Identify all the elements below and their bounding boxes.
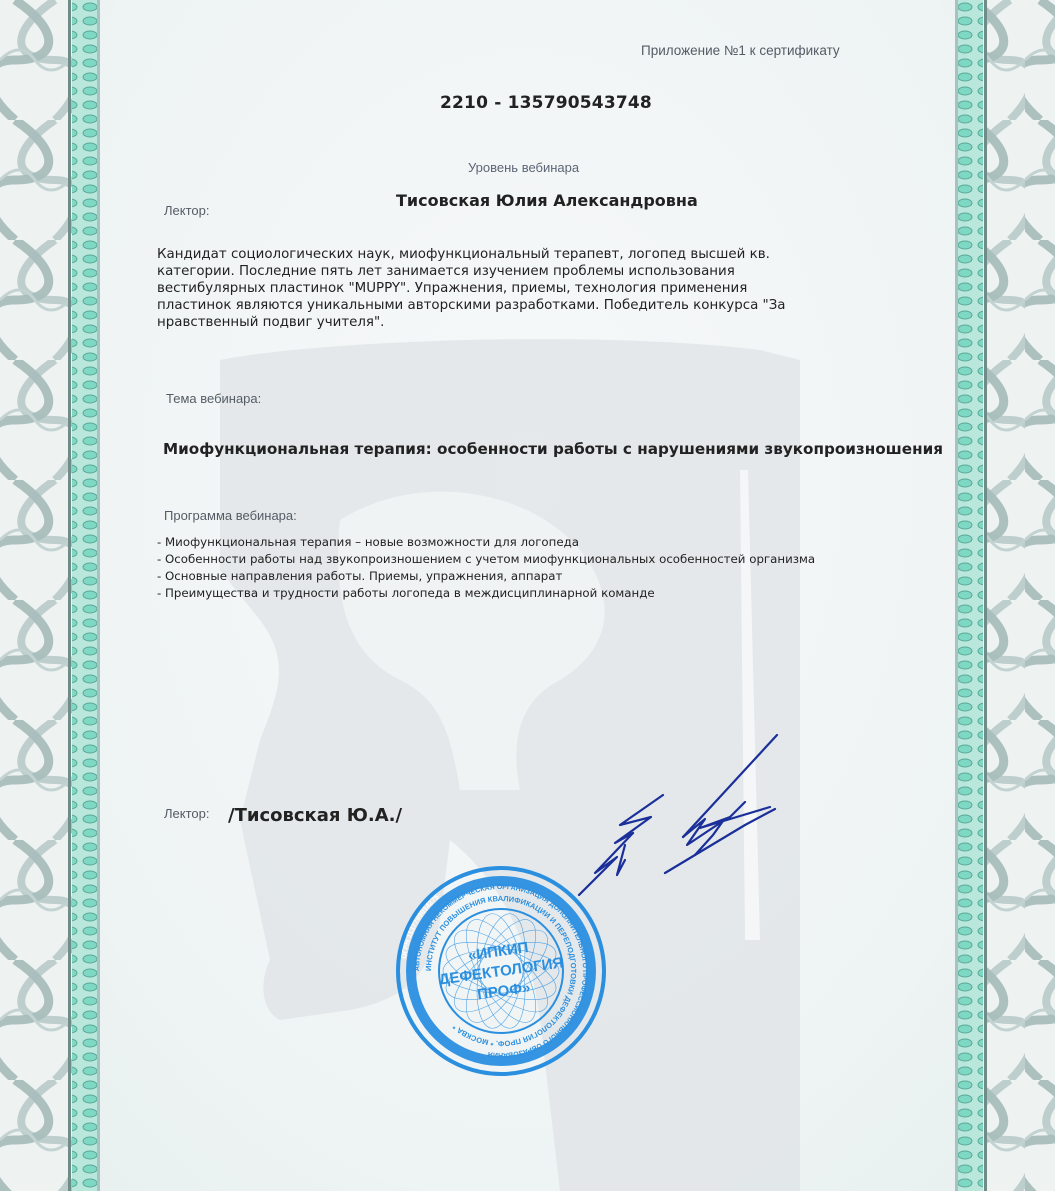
topic-label: Тема вебинара: (166, 391, 261, 406)
lector-label: Лектор: (164, 203, 209, 218)
lector-name: Тисовская Юлия Александровна (396, 191, 698, 210)
program-list: - Миофункциональная терапия – новые возм… (157, 534, 815, 602)
program-item: - Основные направления работы. Приемы, у… (157, 568, 815, 585)
bio-line: категории. Последние пять лет занимается… (157, 263, 807, 280)
signature-lector-label: Лектор: (164, 806, 209, 821)
stamp-center-line: ПРОФ» (476, 979, 531, 1003)
lector-bio: Кандидат социологических наук, миофункци… (157, 246, 807, 331)
signature-lector-name: /Тисовская Ю.А./ (228, 805, 402, 826)
webinar-topic: Миофункциональная терапия: особенности р… (163, 440, 943, 458)
bio-line: Кандидат социологических наук, миофункци… (157, 246, 807, 263)
appendix-label: Приложение №1 к сертификату (641, 43, 840, 58)
webinar-level-label: Уровень вебинара (468, 160, 579, 175)
bio-line: вестибулярных пластинок "MUPPY". Упражне… (157, 280, 807, 297)
program-label: Программа вебинара: (164, 508, 297, 523)
program-item: - Особенности работы над звукопроизношен… (157, 551, 815, 568)
decorative-border-right (955, 0, 1055, 1191)
bio-line: нравственный подвиг учителя". (157, 314, 807, 331)
bio-line: пластинок являются уникальными авторским… (157, 297, 807, 314)
organization-stamp: ОГРН 1137799014275 АВТОНОМНАЯ НЕКОММЕРЧЕ… (396, 866, 606, 1076)
program-item: - Преимущества и трудности работы логопе… (157, 585, 815, 602)
certificate-page: Приложение №1 к сертификату 2210 - 13579… (0, 0, 1055, 1191)
program-item: - Миофункциональная терапия – новые возм… (157, 534, 815, 551)
certificate-number: 2210 - 135790543748 (440, 93, 652, 113)
decorative-border-left (0, 0, 100, 1191)
